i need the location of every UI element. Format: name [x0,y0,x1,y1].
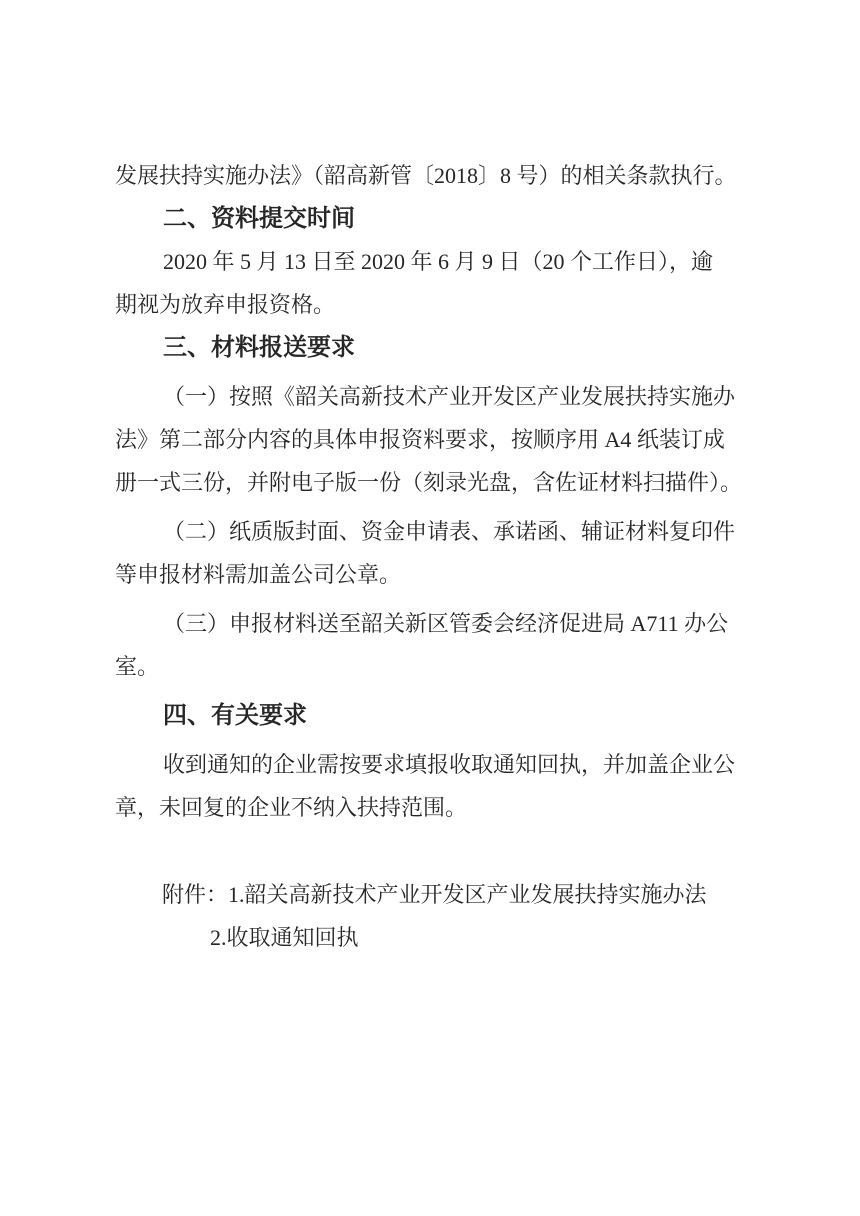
paragraph-line: 章，未回复的企业不纳入扶持范围。 [115,786,760,829]
paragraph-line: （二）纸质版封面、资金申请表、承诺函、辅证材料复印件 [115,510,760,553]
paragraph-line: （三）申报材料送至韶关新区管委会经济促进局 A711 办公 [115,602,760,645]
section-heading-3: 三、材料报送要求 [115,326,760,369]
section-heading-2: 二、资料提交时间 [115,197,760,240]
attachment-item-2: 2.收取通知回执 [115,916,760,959]
section-heading-4: 四、有关要求 [115,694,760,737]
paragraph-line: 期视为放弃申报资格。 [115,283,760,326]
paragraph-line: 收到通知的企业需按要求填报收取通知回执，并加盖企业公 [115,743,760,786]
paragraph-line: 册一式三份，并附电子版一份（刻录光盘，含佐证材料扫描件）。 [115,461,760,504]
paragraph-continuation-line: 发展扶持实施办法》（韶高新管〔2018〕8 号）的相关条款执行。 [115,154,760,197]
attachments-block: 附件：1.韶关高新技术产业开发区产业发展扶持实施办法 2.收取通知回执 [115,873,760,959]
paragraph-line: 等申报材料需加盖公司公章。 [115,553,760,596]
paragraph-line: （一）按照《韶关高新技术产业开发区产业发展扶持实施办 [115,375,760,418]
paragraph-line: 2020 年 5 月 13 日至 2020 年 6 月 9 日（20 个工作日）… [115,240,760,283]
document-page: 发展扶持实施办法》（韶高新管〔2018〕8 号）的相关条款执行。 二、资料提交时… [0,0,860,1216]
paragraph-line: 室。 [115,645,760,688]
paragraph-line: 法》第二部分内容的具体申报资料要求，按顺序用 A4 纸装订成 [115,418,760,461]
attachment-item-1: 附件：1.韶关高新技术产业开发区产业发展扶持实施办法 [115,873,760,916]
